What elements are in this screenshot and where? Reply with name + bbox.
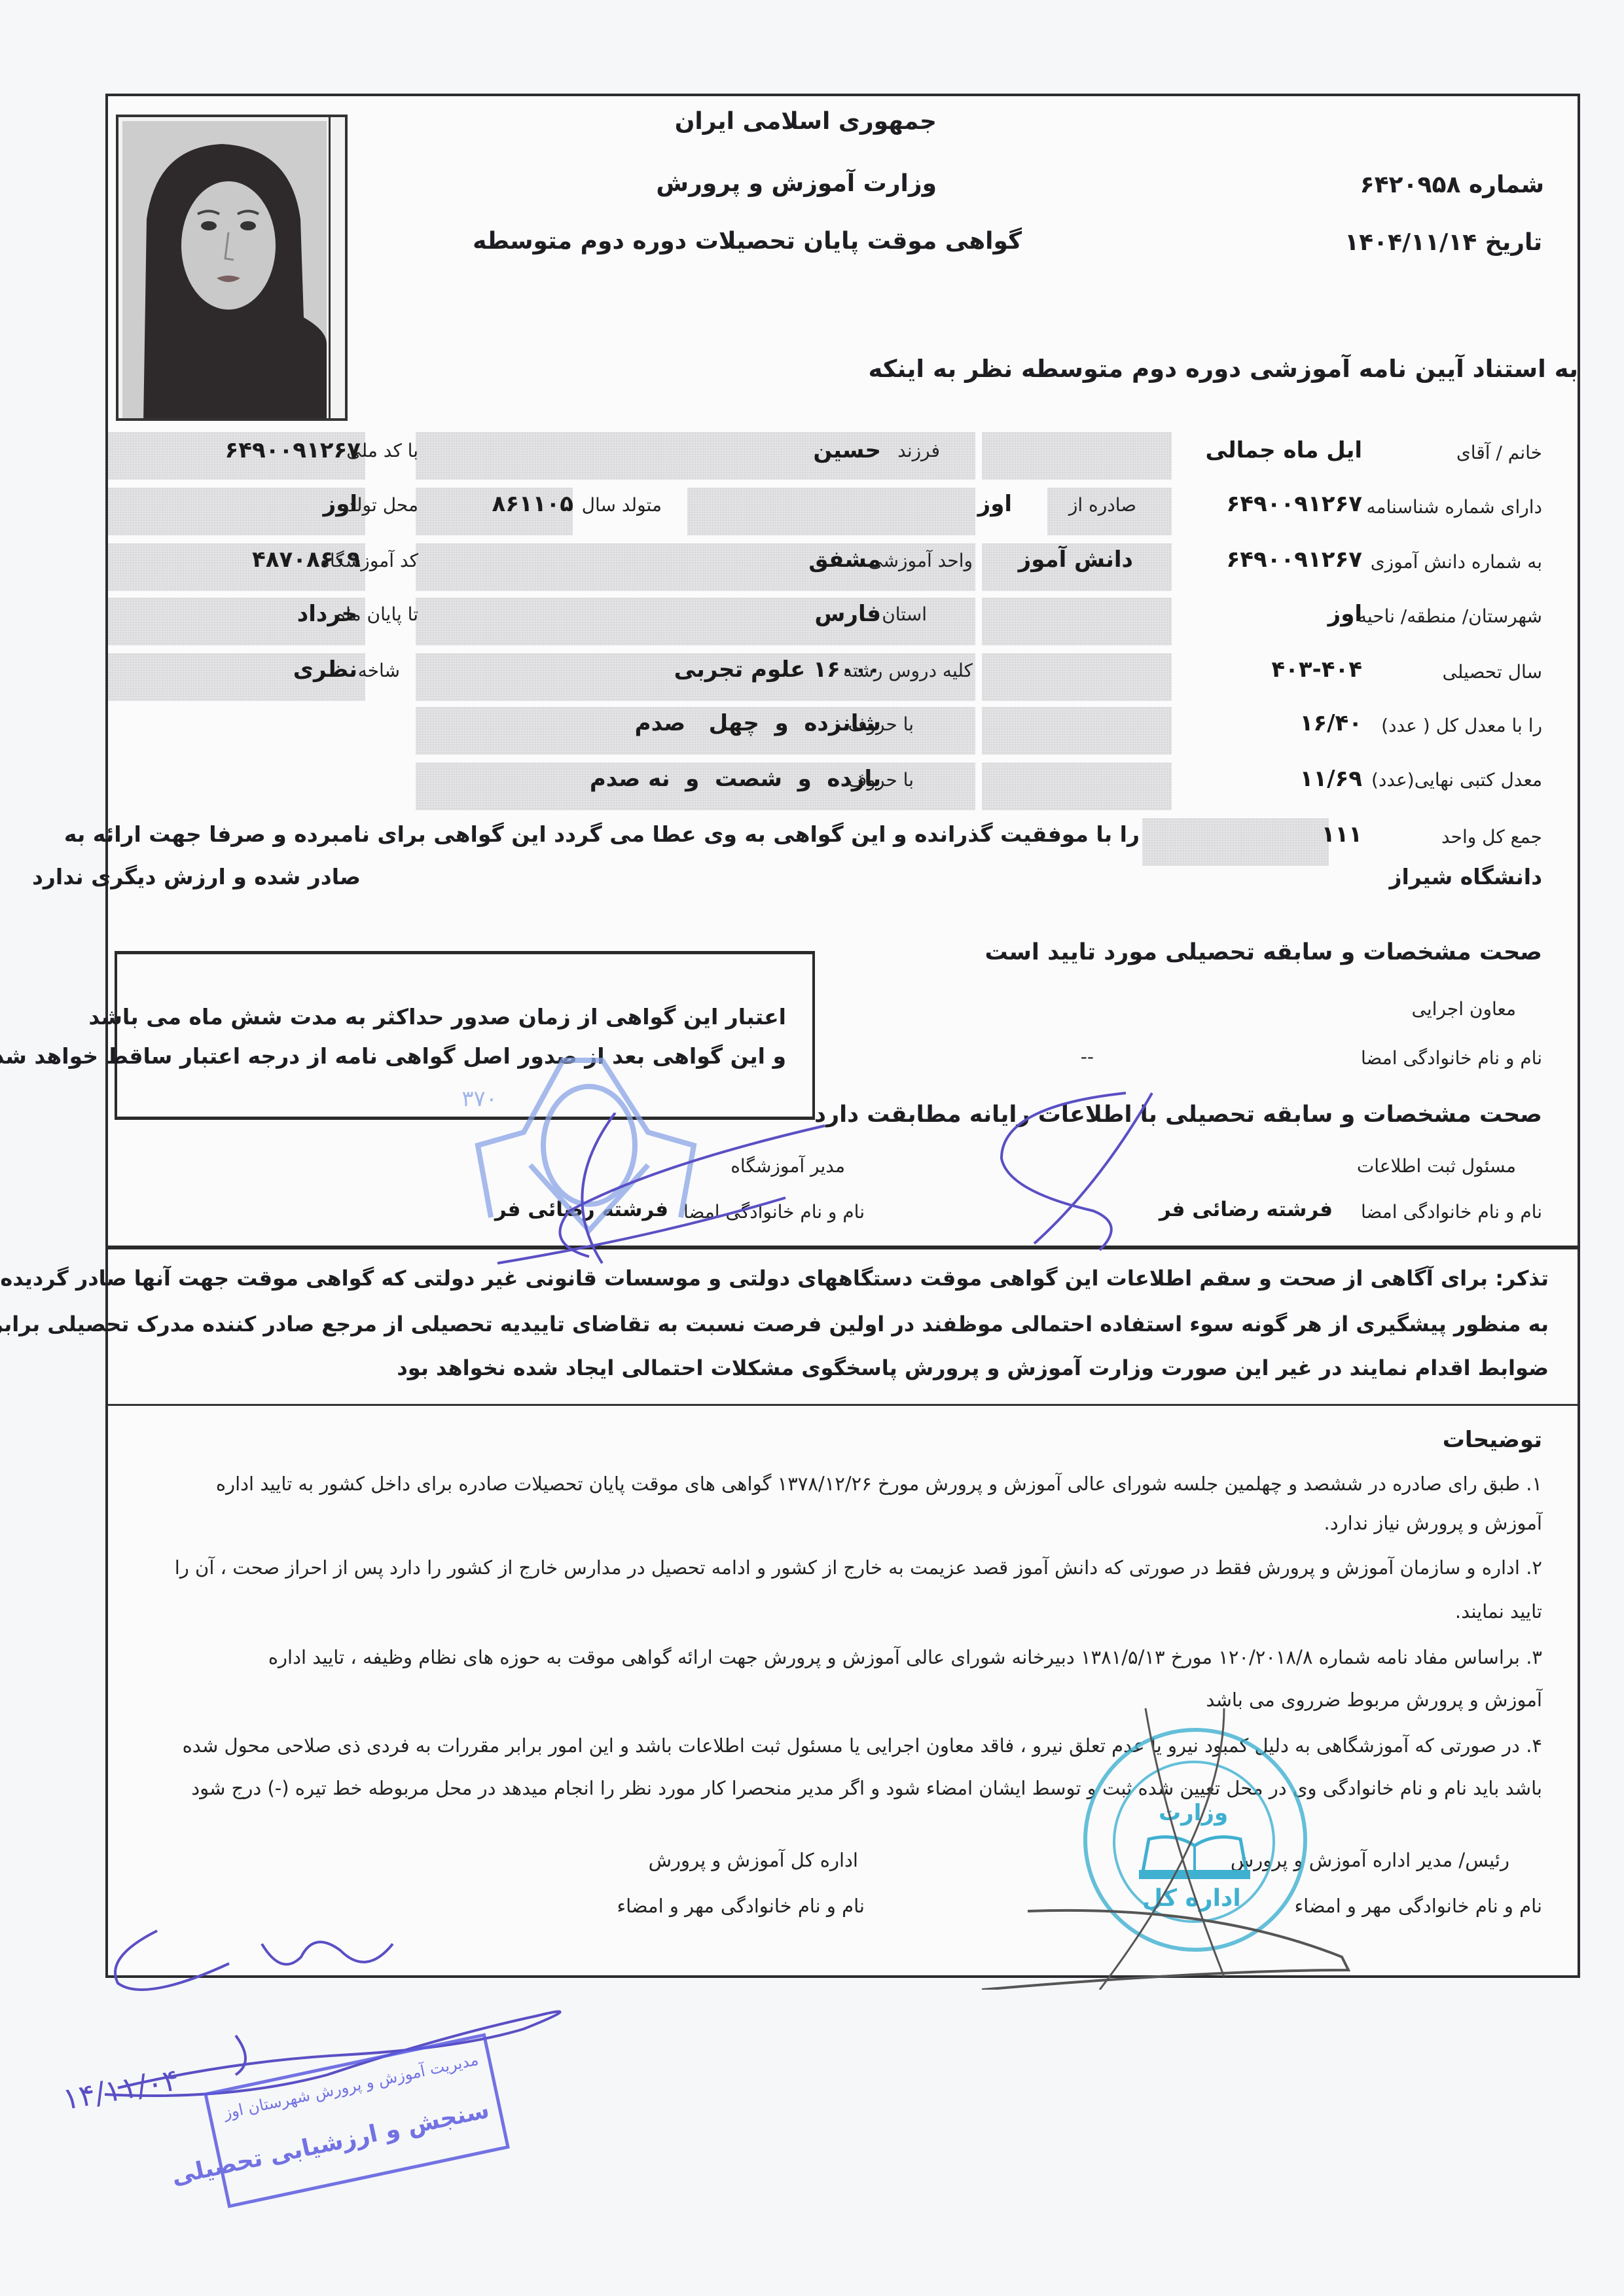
- total-units-label: جمع کل واحد: [1441, 826, 1542, 848]
- birth-cert-label: دارای شماره شناسنامه: [1366, 496, 1542, 518]
- svg-text:۳۷۰: ۳۷۰: [461, 1086, 497, 1112]
- note-1-line-1: ۱. طبق رای صادره در ششصد و چهلمین جلسه ش…: [216, 1473, 1542, 1495]
- student-photo: [116, 115, 348, 421]
- birth-year-label: متولد سال: [582, 494, 662, 516]
- name-label: خانم / آقای: [1456, 442, 1542, 463]
- intro-heading: به استناد آیین نامه آموزشی دوره دوم متوس…: [868, 355, 1578, 383]
- principal-signature: [458, 1113, 851, 1276]
- number-label: شماره: [1469, 171, 1544, 198]
- certificate-title: گواهی موقت پایان تحصیلات دوره دوم متوسطه: [473, 228, 1022, 255]
- school-unit-label: واحد آموزشی: [868, 550, 973, 571]
- courses-value: ۱۶۰۰۰ علوم تجربی: [674, 656, 881, 683]
- academic-year-value: ۴۰۳-۴۰۴: [1271, 656, 1362, 683]
- final-gpa-field: [982, 762, 1172, 810]
- exec-deputy-value: --: [1081, 1046, 1094, 1067]
- academic-year-label: سال تحصیلی: [1443, 661, 1542, 683]
- issued-from-value: اوز: [978, 491, 1012, 517]
- general-office-label: اداره کل آموزش و پرورش: [649, 1849, 858, 1871]
- father-field: [416, 432, 975, 480]
- registrar-label: مسئول ثبت اطلاعات: [1357, 1155, 1516, 1177]
- school-code-value: ۴۸۷۰۸۶۰۹: [252, 547, 361, 573]
- branch-label: شاخه: [358, 660, 400, 681]
- student-no-label: به شماره دانش آموزی: [1371, 551, 1542, 573]
- name-value: ایل ماه جمالی: [1205, 437, 1362, 463]
- final-gpa-label: معدل کتبی نهایی(عدد): [1371, 769, 1542, 791]
- note-2-line-1: ۲. اداره و سازمان آموزش و پرورش فقط در ص…: [175, 1556, 1542, 1579]
- birth-cert-value: ۶۴۹۰۰۹۱۲۶۷: [1226, 491, 1362, 517]
- date-value: ۱۴۰۴/۱۱/۱۴: [1344, 229, 1477, 256]
- total-units-value: ۱۱۱: [1322, 821, 1362, 848]
- portrait-icon: [122, 121, 327, 418]
- father-value: حسین: [813, 437, 881, 463]
- academic-year-field: [982, 653, 1172, 701]
- certificate-number: شماره ۶۴۲۰۹۵۸: [1360, 171, 1544, 198]
- photo-strip: [329, 117, 345, 418]
- province-value: فارس: [814, 601, 881, 627]
- father-label: فرزند: [897, 440, 940, 461]
- notes-title: توضیحات: [1443, 1427, 1542, 1453]
- completion-tail: صادر شده و ارزش دیگری ندارد: [32, 864, 361, 889]
- head-name-label: نام و نام خانوادگی: [1398, 1895, 1542, 1917]
- student-no-value: ۶۴۹۰۰۹۱۲۶۷: [1226, 547, 1362, 573]
- recipient-university: دانشگاه شیراز: [1389, 864, 1542, 889]
- validity-line-1: اعتبار این گواهی از زمان صدور حداکثر به …: [88, 1004, 786, 1030]
- date-label: تاریخ: [1485, 229, 1542, 256]
- national-id-value: ۶۴۹۰۰۹۱۲۶۷: [225, 437, 361, 463]
- province-label: استان: [882, 603, 927, 625]
- birth-place-value: اوز: [323, 491, 357, 517]
- completion-text: را با موفقیت گذرانده و این گواهی به وی ع…: [64, 821, 1140, 847]
- gpa-field: [982, 707, 1172, 755]
- verification-title-1: صحت مشخصات و سابقه تحصیلی مورد تایید است: [984, 939, 1542, 965]
- registrar-signature: [785, 1086, 1244, 1257]
- final-gpa-words-value: یازده و شصت و نه صدم: [590, 766, 881, 792]
- note-1-line-2: آموزش و پرورش نیاز ندارد.: [1324, 1512, 1543, 1534]
- birth-place-label: محل تولد: [347, 494, 418, 516]
- reminder-line-2: به منظور پیشگیری از هر گونه سوء استفاده …: [0, 1312, 1549, 1336]
- issued-from-field: [687, 488, 975, 535]
- head-signature: [949, 1695, 1407, 1990]
- certificate-date: تاریخ ۱۴۰۴/۱۱/۱۴: [1344, 229, 1542, 256]
- country-title: جمهوری اسلامی ایران: [675, 108, 937, 135]
- birth-year-value: ۸۶۱۱۰۵: [492, 491, 573, 517]
- gpa-label: را با معدل کل ( عدد): [1381, 715, 1542, 736]
- photo-image: [122, 121, 327, 418]
- total-units-field: [1142, 818, 1329, 866]
- city-value: اوز: [1328, 601, 1362, 627]
- gpa-words-value: شانزده و چهل صدم: [635, 710, 881, 736]
- note-3-line-1: ۳. براساس مفاد نامه شماره ۱۲۰/۲۰۱۸/۸ مور…: [268, 1646, 1542, 1668]
- number-value: ۶۴۲۰۹۵۸: [1360, 171, 1461, 198]
- branch-value: نظری: [293, 656, 357, 683]
- city-field: [982, 598, 1172, 645]
- name-field: [982, 432, 1172, 480]
- school-unit-value: مشفق: [808, 547, 881, 573]
- exec-deputy-name-sign-label: نام و نام خانوادگی امضا: [1361, 1047, 1542, 1069]
- ministry-title: وزارت آموزش و پرورش: [656, 170, 937, 197]
- reminder-line-3: ضوابط اقدام نمایند در غیر این صورت وزارت…: [397, 1355, 1549, 1380]
- issued-from-label: صادره از: [1069, 494, 1136, 516]
- city-label: شهرستان/ منطقه/ ناحیه: [1358, 605, 1542, 627]
- exec-deputy-label: معاون اجرایی: [1412, 998, 1516, 1020]
- end-month-value: خرداد: [297, 601, 357, 627]
- gpa-value: ۱۶/۴۰: [1300, 710, 1362, 736]
- note-2-line-2: تایید نمایند.: [1455, 1600, 1542, 1623]
- registrar-name-sign-label: نام و نام خانوادگی امضا: [1361, 1201, 1542, 1223]
- student-type-value: دانش آموز: [1019, 547, 1133, 573]
- final-gpa-value: ۱۱/۶۹: [1300, 766, 1362, 792]
- general-office-name-label: نام و نام خانوادگی: [721, 1895, 865, 1917]
